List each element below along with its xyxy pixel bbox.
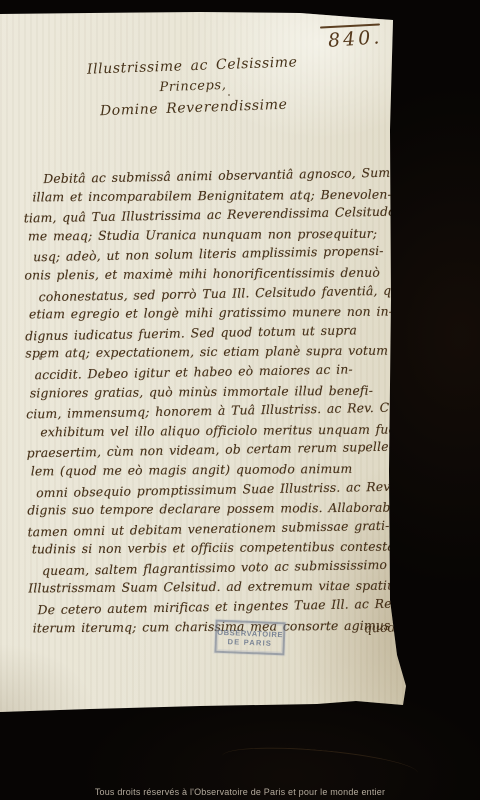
stamp-text-line: DE PARIS xyxy=(227,637,272,648)
catchword: quod xyxy=(364,619,396,635)
folio-number: 840. xyxy=(327,26,383,52)
letter-salutation: Illustrissime ac Celsissime Princeps, Do… xyxy=(61,51,325,123)
observatoire-stamp: OBSERVATOIRE DE PARIS xyxy=(214,620,285,656)
manuscript-page: 840. Illustrissime ac Celsissime Princep… xyxy=(0,0,410,716)
copyright-caption: Tous droits réservés à l'Observatoire de… xyxy=(0,787,480,797)
letter-body: Debitâ ac submissâ animi observantiâ agn… xyxy=(23,164,401,639)
scanned-manuscript-photo: { "photo": { "caption": "Tous droits rés… xyxy=(0,0,480,800)
